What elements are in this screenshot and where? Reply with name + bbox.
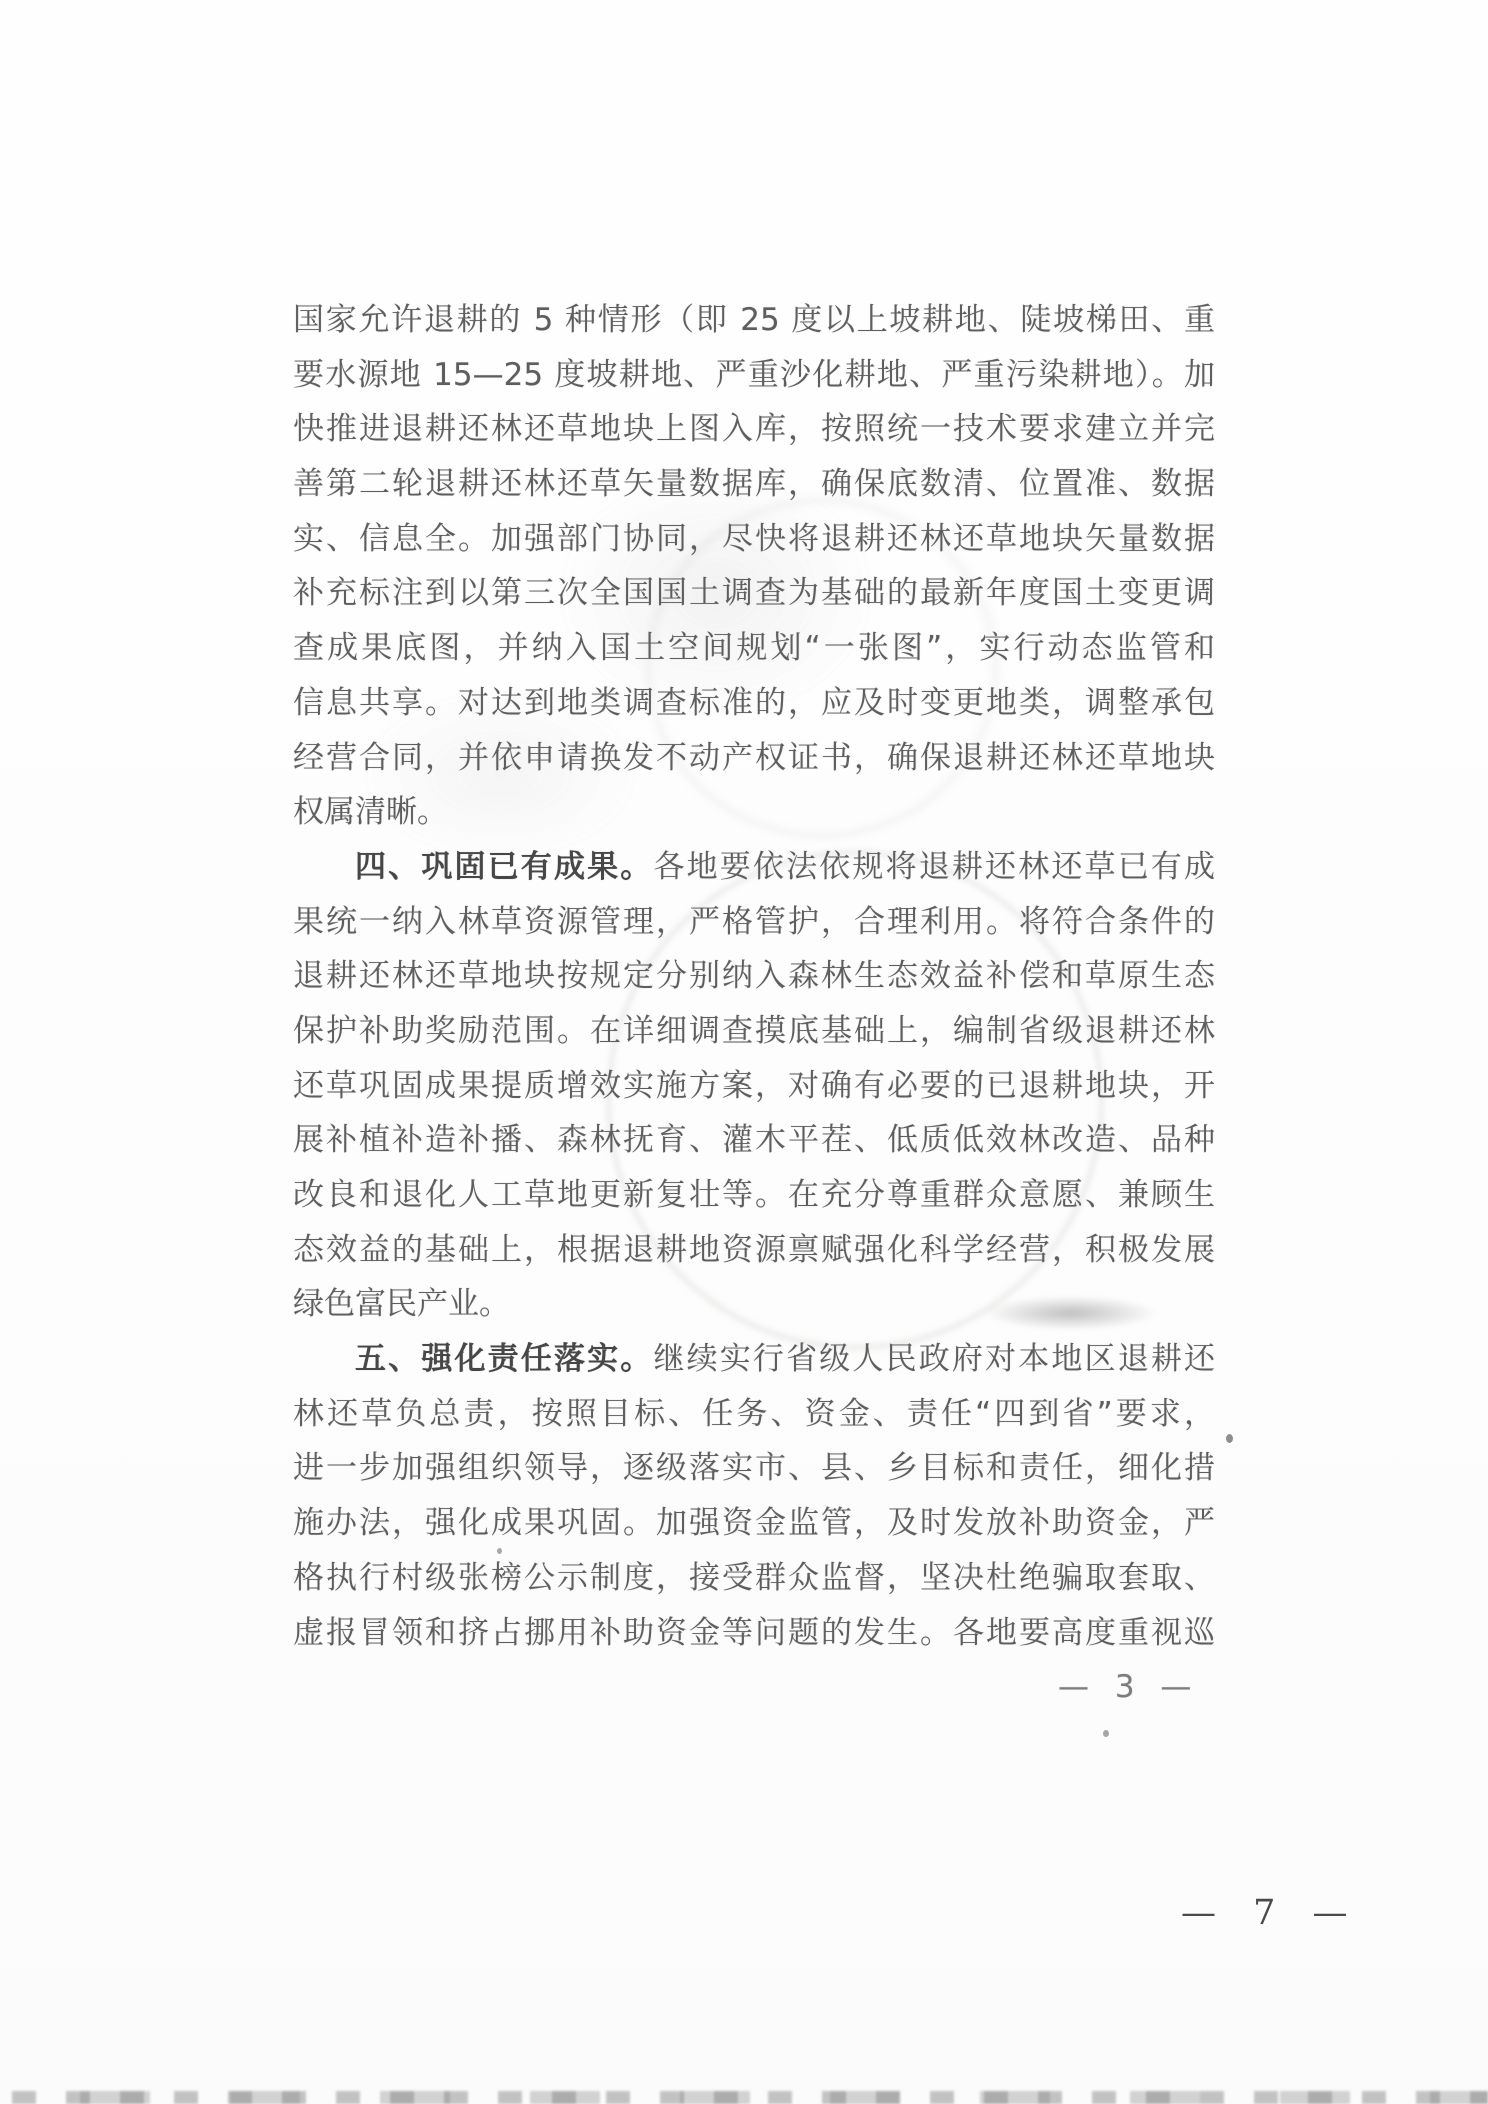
body-text-segment: 格执行村级张榜公示制度，接受群众监督，坚决杜绝骗取套取、 [293, 1560, 1215, 1596]
text-line: 展补植补造补播、森林抚育、灌木平茬、低质低效林改造、品种 [293, 1113, 1215, 1168]
body-text-segment: 展补植补造补播、森林抚育、灌木平茬、低质低效林改造、品种 [293, 1122, 1215, 1158]
text-line: 林还草负总责，按照目标、任务、资金、责任“四到省”要求， [293, 1387, 1215, 1442]
body-text-segment: 态效益的基础上，根据退耕地资源禀赋强化科学经营，积极发展 [293, 1232, 1215, 1268]
text-line: 施办法，强化成果巩固。加强资金监管，及时发放补助资金，严 [293, 1496, 1215, 1551]
text-line: 查成果底图，并纳入国土空间规划“一张图”，实行动态监管和 [293, 621, 1215, 676]
outer-page-number: — 7 — [1181, 1893, 1357, 1933]
body-text-segment: 查成果底图，并纳入国土空间规划“一张图”，实行动态监管和 [293, 630, 1215, 666]
text-line: 格执行村级张榜公示制度，接受群众监督，坚决杜绝骗取套取、 [293, 1551, 1215, 1606]
scan-speck [1103, 1730, 1109, 1737]
scan-speck [1226, 1434, 1233, 1443]
text-line: 果统一纳入林草资源管理，严格管护，合理利用。将符合条件的 [293, 895, 1215, 950]
text-line: 改良和退化人工草地更新复壮等。在充分尊重群众意愿、兼顾生 [293, 1168, 1215, 1223]
text-line: 还草巩固成果提质增效实施方案，对确有必要的已退耕地块，开 [293, 1059, 1215, 1114]
body-text-segment: 保护补助奖励范围。在详细调查摸底基础上，编制省级退耕还林 [293, 1013, 1215, 1049]
text-line: 态效益的基础上，根据退耕地资源禀赋强化科学经营，积极发展 [293, 1223, 1215, 1278]
text-line: 五、强化责任落实。继续实行省级人民政府对本地区退耕还 [293, 1332, 1215, 1387]
body-text-segment: 经营合同，并依申请换发不动产权证书，确保退耕还林还草地块 [293, 740, 1215, 776]
body-text-segment: 信息共享。对达到地类调查标准的，应及时变更地类，调整承包 [293, 685, 1215, 721]
body-text-segment: 林还草负总责，按照目标、任务、资金、责任“四到省”要求， [293, 1396, 1215, 1432]
body-text-segment: 权属清晰。 [293, 794, 448, 830]
text-line: 进一步加强组织领导，逐级落实市、县、乡目标和责任，细化措 [293, 1441, 1215, 1496]
section-heading: 四、巩固已有成果。 [355, 849, 653, 885]
text-line: 补充标注到以第三次全国国土调查为基础的最新年度国土变更调 [293, 566, 1215, 621]
section-heading: 五、强化责任落实。 [355, 1341, 653, 1377]
body-text-segment: 虚报冒领和挤占挪用补助资金等问题的发生。各地要高度重视巡 [293, 1615, 1215, 1651]
text-line: 要水源地 15—25 度坡耕地、严重沙化耕地、严重污染耕地）。加 [293, 348, 1215, 403]
body-text-segment: 各地要依法依规将退耕还林还草已有成 [653, 849, 1215, 885]
body-text-segment: 施办法，强化成果巩固。加强资金监管，及时发放补助资金，严 [293, 1505, 1215, 1541]
body-text-segment: 还草巩固成果提质增效实施方案，对确有必要的已退耕地块，开 [293, 1068, 1215, 1104]
text-line: 退耕还林还草地块按规定分别纳入森林生态效益补偿和草原生态 [293, 949, 1215, 1004]
body-text-segment: 退耕还林还草地块按规定分别纳入森林生态效益补偿和草原生态 [293, 958, 1215, 994]
body-text-segment: 要水源地 15—25 度坡耕地、严重沙化耕地、严重污染耕地）。加 [293, 357, 1215, 393]
inner-page-number: — 3 — [1058, 1669, 1196, 1705]
text-line: 四、巩固已有成果。各地要依法依规将退耕还林还草已有成 [293, 840, 1215, 895]
text-line: 保护补助奖励范围。在详细调查摸底基础上，编制省级退耕还林 [293, 1004, 1215, 1059]
scanned-document-page: 国家允许退耕的 5 种情形（即 25 度以上坡耕地、陡坡梯田、重要水源地 15—… [0, 0, 1488, 2104]
text-line: 快推进退耕还林还草地块上图入库，按照统一技术要求建立并完 [293, 402, 1215, 457]
document-body-text: 国家允许退耕的 5 种情形（即 25 度以上坡耕地、陡坡梯田、重要水源地 15—… [293, 293, 1215, 1660]
body-text-segment: 果统一纳入林草资源管理，严格管护，合理利用。将符合条件的 [293, 904, 1215, 940]
body-text-segment: 补充标注到以第三次全国国土调查为基础的最新年度国土变更调 [293, 575, 1215, 611]
body-text-segment: 进一步加强组织领导，逐级落实市、县、乡目标和责任，细化措 [293, 1450, 1215, 1486]
body-text-segment: 改良和退化人工草地更新复壮等。在充分尊重群众意愿、兼顾生 [293, 1177, 1215, 1213]
text-line: 经营合同，并依申请换发不动产权证书，确保退耕还林还草地块 [293, 731, 1215, 786]
body-text-segment: 实、信息全。加强部门协同，尽快将退耕还林还草地块矢量数据 [293, 521, 1215, 557]
body-text-segment: 善第二轮退耕还林还草矢量数据库，确保底数清、位置准、数据 [293, 466, 1215, 502]
body-text-segment: 快推进退耕还林还草地块上图入库，按照统一技术要求建立并完 [293, 411, 1215, 447]
text-line: 善第二轮退耕还林还草矢量数据库，确保底数清、位置准、数据 [293, 457, 1215, 512]
scan-edge-artifact [0, 2091, 1488, 2104]
body-text-segment: 继续实行省级人民政府对本地区退耕还 [653, 1341, 1215, 1377]
body-text-segment: 绿色富民产业。 [293, 1286, 510, 1322]
text-line: 绿色富民产业。 [293, 1277, 1215, 1332]
text-line: 国家允许退耕的 5 种情形（即 25 度以上坡耕地、陡坡梯田、重 [293, 293, 1215, 348]
text-line: 虚报冒领和挤占挪用补助资金等问题的发生。各地要高度重视巡 [293, 1606, 1215, 1661]
text-line: 实、信息全。加强部门协同，尽快将退耕还林还草地块矢量数据 [293, 512, 1215, 567]
text-line: 信息共享。对达到地类调查标准的，应及时变更地类，调整承包 [293, 676, 1215, 731]
text-line: 权属清晰。 [293, 785, 1215, 840]
body-text-segment: 国家允许退耕的 5 种情形（即 25 度以上坡耕地、陡坡梯田、重 [293, 302, 1215, 338]
